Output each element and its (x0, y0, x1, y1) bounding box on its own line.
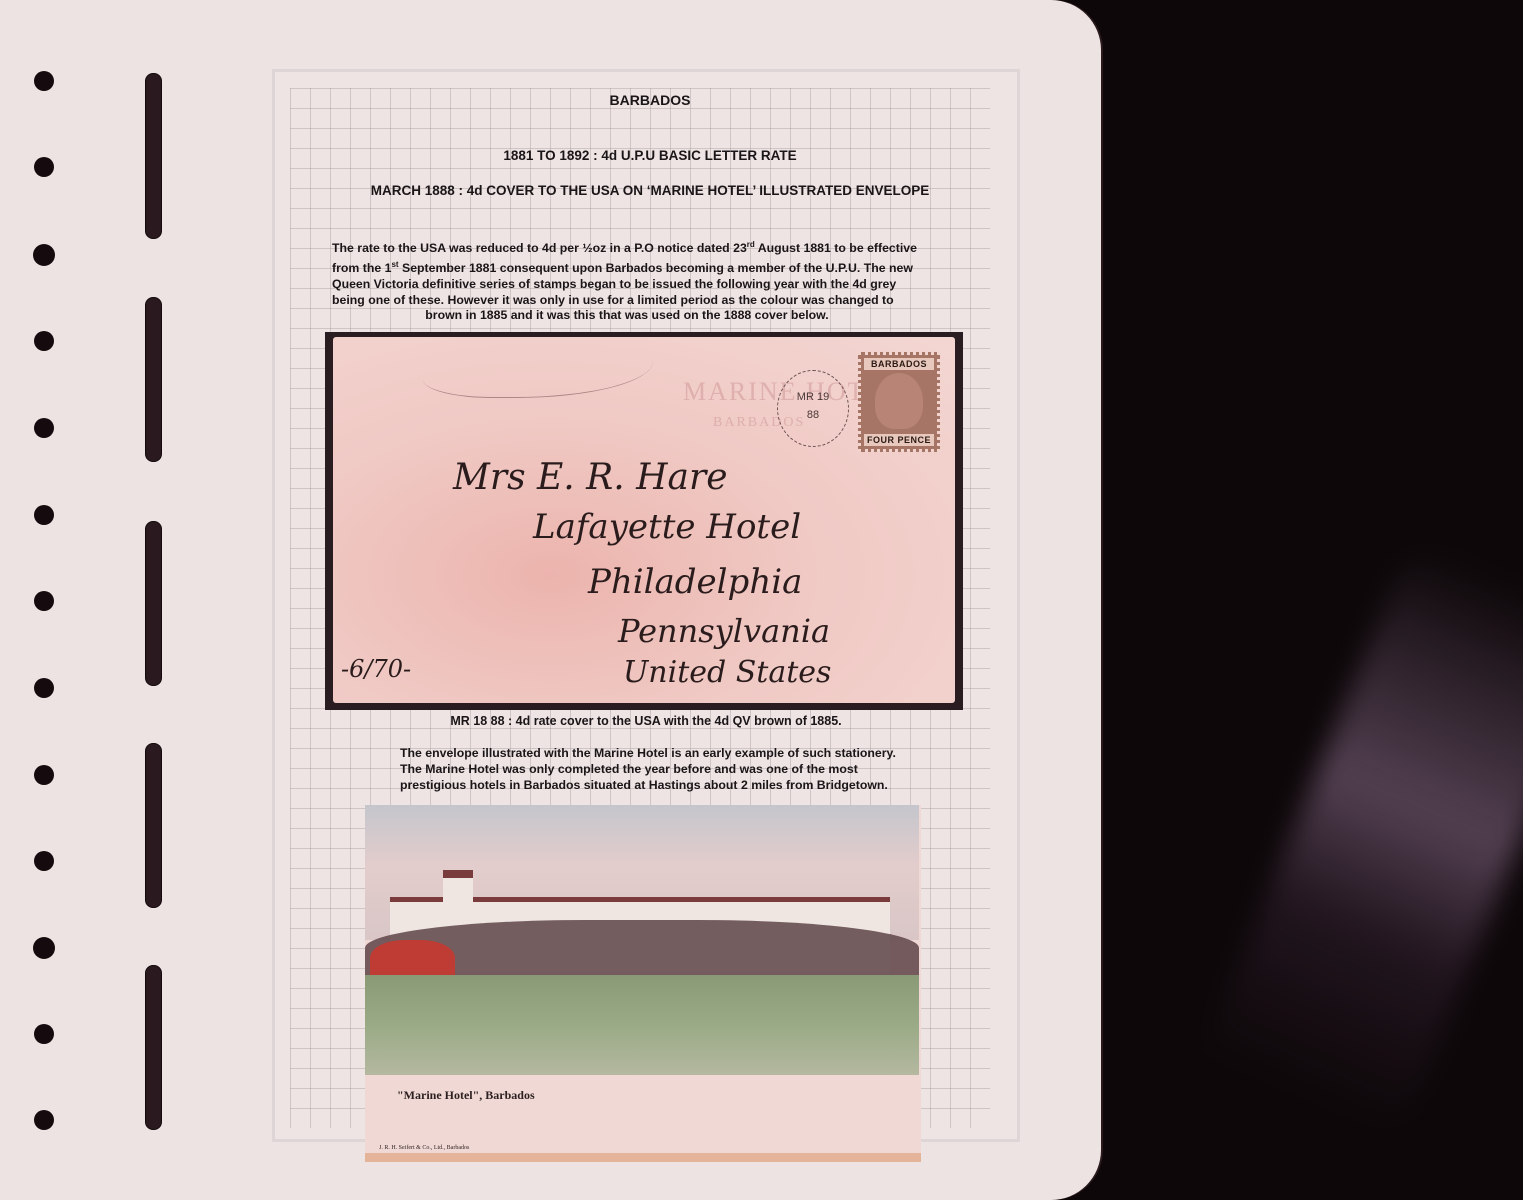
postmark: MR 19 88 (777, 370, 849, 447)
punch-hole (34, 1024, 54, 1044)
punch-hole (34, 591, 54, 611)
punch-hole (34, 418, 54, 438)
intro-line: The rate to the USA was reduced to 4d pe… (332, 237, 962, 257)
page-subtitle: 1881 TO 1892 : 4d U.P.U BASIC LETTER RAT… (290, 148, 1010, 163)
address-line: Philadelphia (588, 562, 802, 602)
hotel-postcard: "Marine Hotel", Barbados J. R. H. Seifer… (365, 805, 921, 1160)
cover-caption: MR 18 88 : 4d rate cover to the USA with… (290, 714, 1010, 728)
punch-hole (33, 937, 55, 959)
note-line: The Marine Hotel was only completed the … (400, 762, 940, 778)
note-paragraph: The envelope illustrated with the Marine… (400, 746, 940, 793)
pencil-notation: -6/70- (341, 655, 411, 683)
hotel-cupola (443, 870, 473, 908)
note-line: The envelope illustrated with the Marine… (400, 746, 940, 762)
queen-victoria-portrait (875, 373, 923, 429)
intro-line: from the 1st September 1881 consequent u… (332, 257, 962, 277)
address-line: Mrs E. R. Hare (453, 457, 728, 498)
postmark-date: MR 19 (778, 391, 848, 403)
binder-slot (145, 297, 162, 462)
punch-hole (34, 765, 54, 785)
punch-hole (34, 505, 54, 525)
punch-hole (34, 157, 54, 177)
address-line: United States (623, 655, 831, 690)
page-title: BARBADOS (290, 92, 1010, 108)
intro-line: being one of these. However it was only … (332, 293, 962, 309)
punch-hole (34, 331, 54, 351)
stamp-country: BARBADOS (864, 358, 934, 370)
postage-stamp: BARBADOS FOUR PENCE (858, 352, 940, 452)
binder-slot (145, 521, 162, 686)
stamp-value: FOUR PENCE (864, 434, 934, 446)
postcard-caption: "Marine Hotel", Barbados (397, 1088, 535, 1103)
punch-hole (34, 851, 54, 871)
background-light-streak (1177, 560, 1523, 1120)
intro-line: brown in 1885 and it was this that was u… (332, 308, 962, 324)
punch-hole (33, 244, 55, 266)
postcard-torn-edge (365, 1153, 921, 1162)
binder-slot (145, 743, 162, 908)
torn-flap (423, 337, 653, 398)
intro-paragraph: The rate to the USA was reduced to 4d pe… (332, 237, 962, 324)
intro-line: Queen Victoria definitive series of stam… (332, 277, 962, 293)
note-line: prestigious hotels in Barbados situated … (400, 778, 940, 794)
page-heading: MARCH 1888 : 4d COVER TO THE USA ON ‘MAR… (290, 183, 1010, 198)
postcard-publisher: J. R. H. Seifert & Co., Ltd., Barbados (379, 1145, 469, 1151)
punch-hole (34, 1110, 54, 1130)
address-line: Pennsylvania (618, 612, 830, 650)
address-line: Lafayette Hotel (533, 507, 801, 547)
binder-slot (145, 73, 162, 239)
punch-hole (34, 678, 54, 698)
postcard-lawn (365, 975, 919, 1075)
postmark-year: 88 (778, 409, 848, 421)
binder-slot (145, 965, 162, 1130)
punch-hole (34, 71, 54, 91)
